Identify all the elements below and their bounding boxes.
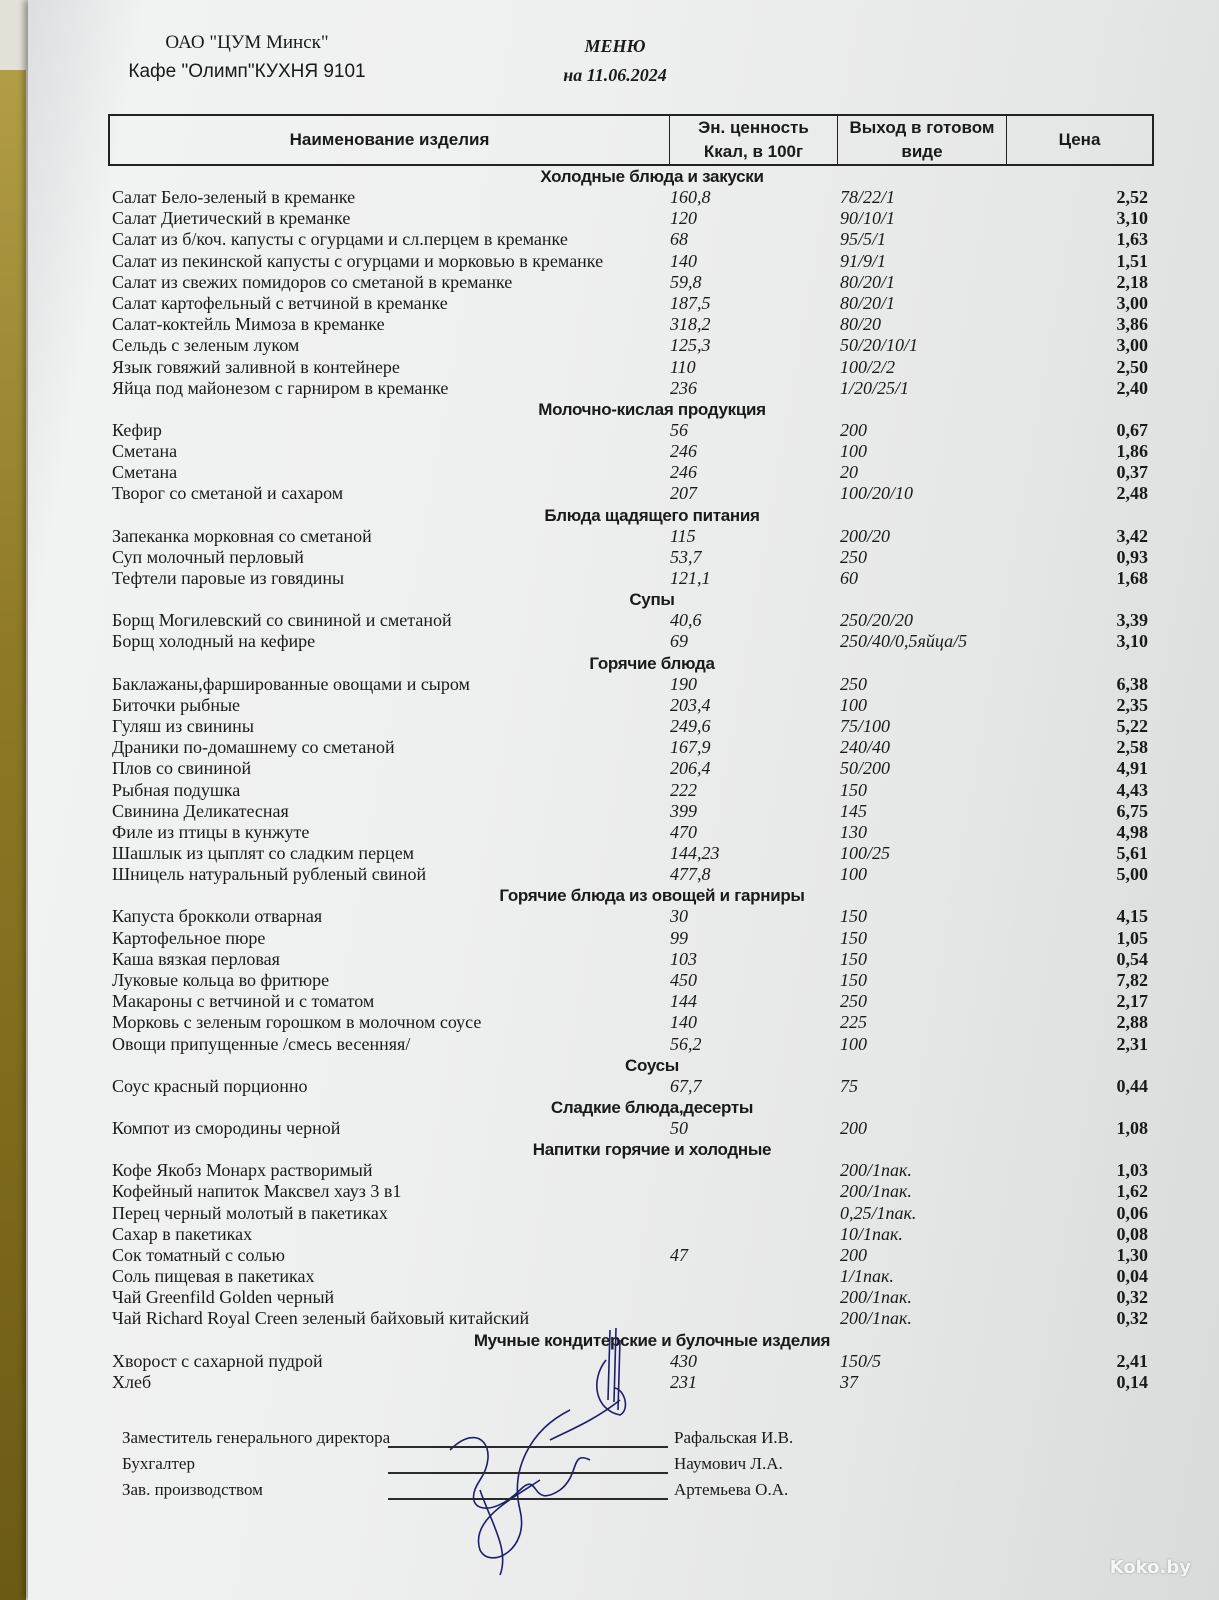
item-kcal: 47	[668, 1245, 838, 1266]
item-yield: 37	[838, 1372, 1060, 1393]
item-price: 2,52	[1060, 187, 1152, 208]
item-price: 2,58	[1060, 737, 1152, 758]
item-name: Салат картофельный с ветчиной в креманке	[112, 293, 668, 314]
item-price: 5,22	[1060, 716, 1152, 737]
menu-item-row: Сметана2461001,86	[112, 441, 1152, 462]
item-yield: 240/40	[838, 737, 1060, 758]
column-header-yield-line2: виде	[850, 140, 995, 164]
item-price: 2,18	[1060, 272, 1152, 293]
item-price: 3,42	[1060, 526, 1152, 547]
item-yield: 100	[838, 695, 1060, 716]
item-kcal: 144	[668, 991, 838, 1012]
item-kcal	[668, 1266, 838, 1287]
item-yield: 60	[838, 568, 1060, 589]
item-price: 0,32	[1060, 1308, 1152, 1329]
signatory-name: Артемьева О.А.	[674, 1478, 788, 1504]
item-kcal: 103	[668, 949, 838, 970]
item-name: Сметана	[112, 462, 668, 483]
item-kcal: 68	[668, 229, 838, 250]
item-price: 4,91	[1060, 758, 1152, 779]
section-heading: Холодные блюда и закуски	[112, 166, 1152, 187]
menu-item-row: Язык говяжий заливной в контейнере110100…	[112, 357, 1152, 378]
column-header-price-label: Цена	[1059, 128, 1101, 152]
item-price: 0,44	[1060, 1076, 1152, 1097]
item-name: Соус красный порционно	[112, 1076, 668, 1097]
item-yield: 0,25/1пак.	[838, 1203, 1060, 1224]
item-price: 1,08	[1060, 1118, 1152, 1139]
item-yield: 95/5/1	[838, 229, 1060, 250]
item-name: Луковые кольца во фритюре	[112, 970, 668, 991]
item-kcal: 115	[668, 526, 838, 547]
item-name: Хлеб	[112, 1372, 668, 1393]
item-name: Каша вязкая перловая	[112, 949, 668, 970]
item-kcal: 59,8	[668, 272, 838, 293]
menu-item-row: Чай Greenfild Golden черный200/1пак.0,32	[112, 1287, 1152, 1308]
item-yield: 75/100	[838, 716, 1060, 737]
item-price: 3,86	[1060, 314, 1152, 335]
item-price: 3,00	[1060, 335, 1152, 356]
section-heading: Соусы	[112, 1055, 1152, 1076]
item-kcal: 430	[668, 1351, 838, 1372]
item-kcal: 110	[668, 357, 838, 378]
item-name: Салат-коктейль Мимоза в креманке	[112, 314, 668, 335]
menu-item-row: Морковь с зеленым горошком в молочном со…	[112, 1012, 1152, 1033]
item-yield: 150/5	[838, 1351, 1060, 1372]
item-yield: 80/20/1	[838, 272, 1060, 293]
item-name: Салат из свежих помидоров со сметаной в …	[112, 272, 668, 293]
item-yield: 200/1пак.	[838, 1181, 1060, 1202]
menu-item-row: Шашлык из цыплят со сладким перцем144,23…	[112, 843, 1152, 864]
item-kcal: 160,8	[668, 187, 838, 208]
item-yield: 250/20/20	[838, 610, 1060, 631]
item-yield: 20	[838, 462, 1060, 483]
item-kcal: 399	[668, 801, 838, 822]
menu-item-row: Овощи припущенные /смесь весенняя/56,210…	[112, 1034, 1152, 1055]
menu-item-row: Драники по-домашнему со сметаной167,9240…	[112, 737, 1152, 758]
header-title-block: МЕНЮ на 11.06.2024	[520, 36, 710, 86]
item-name: Борщ холодный на кефире	[112, 631, 668, 652]
menu-item-row: Салат Бело-зеленый в креманке160,878/22/…	[112, 187, 1152, 208]
signatory-role: Зав. производством	[122, 1478, 388, 1504]
item-yield: 100/25	[838, 843, 1060, 864]
item-price: 2,41	[1060, 1351, 1152, 1372]
menu-date: на 11.06.2024	[520, 65, 710, 86]
section-heading: Мучные кондитерские и булочные изделия	[112, 1330, 1152, 1351]
menu-item-row: Кофе Якобз Монарх растворимый200/1пак.1,…	[112, 1160, 1152, 1181]
item-kcal: 30	[668, 906, 838, 927]
menu-item-row: Картофельное пюре991501,05	[112, 928, 1152, 949]
item-price: 6,38	[1060, 674, 1152, 695]
item-kcal: 50	[668, 1118, 838, 1139]
menu-item-row: Гуляш из свинины249,675/1005,22	[112, 716, 1152, 737]
item-name: Чай Greenfild Golden черный	[112, 1287, 668, 1308]
item-yield: 150	[838, 970, 1060, 991]
item-kcal	[668, 1287, 838, 1308]
item-kcal: 206,4	[668, 758, 838, 779]
item-yield: 250	[838, 674, 1060, 695]
item-yield: 225	[838, 1012, 1060, 1033]
item-kcal: 222	[668, 780, 838, 801]
item-name: Запеканка морковная со сметаной	[112, 526, 668, 547]
menu-item-row: Суп молочный перловый53,72500,93	[112, 547, 1152, 568]
item-name: Капуста брокколи отварная	[112, 906, 668, 927]
item-price: 4,43	[1060, 780, 1152, 801]
item-kcal	[668, 1181, 838, 1202]
item-yield: 50/20/10/1	[838, 335, 1060, 356]
item-name: Свинина Деликатесная	[112, 801, 668, 822]
item-kcal: 190	[668, 674, 838, 695]
item-yield: 100	[838, 441, 1060, 462]
item-kcal: 56,2	[668, 1034, 838, 1055]
menu-item-row: Салат из пекинской капусты с огурцами и …	[112, 251, 1152, 272]
item-kcal: 249,6	[668, 716, 838, 737]
menu-item-row: Кофейный напиток Максвел хауз 3 в1200/1п…	[112, 1181, 1152, 1202]
item-yield: 130	[838, 822, 1060, 843]
item-kcal: 121,1	[668, 568, 838, 589]
item-price: 0,93	[1060, 547, 1152, 568]
signature-row: Заместитель генерального директора Рафал…	[122, 1426, 922, 1452]
item-name: Тефтели паровые из говядины	[112, 568, 668, 589]
item-yield: 100/20/10	[838, 483, 1060, 504]
menu-item-row: Запеканка морковная со сметаной115200/20…	[112, 526, 1152, 547]
item-name: Кофе Якобз Монарх растворимый	[112, 1160, 668, 1181]
item-kcal: 450	[668, 970, 838, 991]
item-yield: 75	[838, 1076, 1060, 1097]
item-yield: 50/200	[838, 758, 1060, 779]
section-heading: Горячие блюда	[112, 653, 1152, 674]
item-kcal: 69	[668, 631, 838, 652]
item-kcal: 187,5	[668, 293, 838, 314]
menu-item-row: Хворост с сахарной пудрой430150/52,41	[112, 1351, 1152, 1372]
signatory-name: Рафальская И.В.	[674, 1426, 793, 1452]
item-kcal: 53,7	[668, 547, 838, 568]
item-price: 4,98	[1060, 822, 1152, 843]
item-yield: 91/9/1	[838, 251, 1060, 272]
item-price: 4,15	[1060, 906, 1152, 927]
item-kcal: 140	[668, 1012, 838, 1033]
item-price: 0,67	[1060, 420, 1152, 441]
signatory-role: Заместитель генерального директора	[122, 1426, 388, 1452]
item-name: Салат Диетический в креманке	[112, 208, 668, 229]
menu-item-row: Салат картофельный с ветчиной в креманке…	[112, 293, 1152, 314]
item-price: 2,88	[1060, 1012, 1152, 1033]
item-yield: 90/10/1	[838, 208, 1060, 229]
column-header-yield: Выход в готовомвиде	[838, 116, 1007, 164]
menu-item-row: Перец черный молотый в пакетиках0,25/1па…	[112, 1203, 1152, 1224]
item-yield: 200/1пак.	[838, 1287, 1060, 1308]
item-kcal: 470	[668, 822, 838, 843]
menu-item-row: Филе из птицы в кунжуте4701304,98	[112, 822, 1152, 843]
menu-item-row: Капуста брокколи отварная301504,15	[112, 906, 1152, 927]
section-heading: Супы	[112, 589, 1152, 610]
item-yield: 200/1пак.	[838, 1160, 1060, 1181]
item-name: Шницель натуральный рубленый свиной	[112, 864, 668, 885]
item-name: Салат из б/коч. капусты с огурцами и сл.…	[112, 229, 668, 250]
item-name: Суп молочный перловый	[112, 547, 668, 568]
section-heading: Сладкие блюда,десерты	[112, 1097, 1152, 1118]
menu-item-row: Соус красный порционно67,7750,44	[112, 1076, 1152, 1097]
menu-item-row: Салат-коктейль Мимоза в креманке318,280/…	[112, 314, 1152, 335]
column-header-yield-line1: Выход в готовом	[850, 116, 995, 140]
item-price: 5,61	[1060, 843, 1152, 864]
document-title: МЕНЮ	[520, 36, 710, 57]
item-kcal: 246	[668, 462, 838, 483]
item-price: 1,51	[1060, 251, 1152, 272]
item-yield: 150	[838, 780, 1060, 801]
item-price: 1,05	[1060, 928, 1152, 949]
item-price: 0,37	[1060, 462, 1152, 483]
item-name: Рыбная подушка	[112, 780, 668, 801]
item-kcal: 56	[668, 420, 838, 441]
item-name: Плов со свининой	[112, 758, 668, 779]
item-kcal: 120	[668, 208, 838, 229]
item-price: 5,00	[1060, 864, 1152, 885]
menu-table-body: Холодные блюда и закускиСалат Бело-зелен…	[112, 166, 1152, 1393]
section-heading: Блюда щадящего питания	[112, 505, 1152, 526]
item-name: Кофейный напиток Максвел хауз 3 в1	[112, 1181, 668, 1202]
item-yield: 80/20	[838, 314, 1060, 335]
menu-item-row: Салат Диетический в креманке12090/10/13,…	[112, 208, 1152, 229]
table-header: Наименование изделия Эн. ценностьКкал, в…	[108, 114, 1154, 166]
item-price: 0,32	[1060, 1287, 1152, 1308]
signature-row: Бухгалтер Наумович Л.А.	[122, 1452, 922, 1478]
signature-line	[388, 1426, 668, 1448]
menu-item-row: Тефтели паровые из говядины121,1601,68	[112, 568, 1152, 589]
item-yield: 200	[838, 1118, 1060, 1139]
item-yield: 100/2/2	[838, 357, 1060, 378]
menu-item-row: Сахар в пакетиках10/1пак.0,08	[112, 1224, 1152, 1245]
item-name: Драники по-домашнему со сметаной	[112, 737, 668, 758]
item-kcal: 125,3	[668, 335, 838, 356]
item-name: Перец черный молотый в пакетиках	[112, 1203, 668, 1224]
section-heading: Горячие блюда из овощей и гарниры	[112, 885, 1152, 906]
item-price: 1,30	[1060, 1245, 1152, 1266]
item-kcal: 231	[668, 1372, 838, 1393]
item-yield: 200	[838, 1245, 1060, 1266]
item-price: 1,86	[1060, 441, 1152, 462]
item-yield: 1/1пак.	[838, 1266, 1060, 1287]
item-kcal	[668, 1203, 838, 1224]
menu-item-row: Макароны с ветчиной и с томатом1442502,1…	[112, 991, 1152, 1012]
menu-item-row: Творог со сметаной и сахаром207100/20/10…	[112, 483, 1152, 504]
menu-item-row: Каша вязкая перловая1031500,54	[112, 949, 1152, 970]
menu-item-row: Кефир562000,67	[112, 420, 1152, 441]
item-price: 3,10	[1060, 208, 1152, 229]
item-name: Сахар в пакетиках	[112, 1224, 668, 1245]
item-yield: 150	[838, 906, 1060, 927]
menu-item-row: Салат из б/коч. капусты с огурцами и сл.…	[112, 229, 1152, 250]
menu-item-row: Шницель натуральный рубленый свиной477,8…	[112, 864, 1152, 885]
menu-item-row: Салат из свежих помидоров со сметаной в …	[112, 272, 1152, 293]
cafe-name: Кафе "Олимп"КУХНЯ 9101	[117, 61, 377, 83]
item-name: Филе из птицы в кунжуте	[112, 822, 668, 843]
item-yield: 10/1пак.	[838, 1224, 1060, 1245]
item-kcal	[668, 1160, 838, 1181]
signatory-name: Наумович Л.А.	[674, 1452, 783, 1478]
item-name: Шашлык из цыплят со сладким перцем	[112, 843, 668, 864]
item-name: Макароны с ветчиной и с томатом	[112, 991, 668, 1012]
item-price: 0,14	[1060, 1372, 1152, 1393]
column-header-kcal: Эн. ценностьКкал, в 100г	[670, 116, 838, 164]
item-name: Кефир	[112, 420, 668, 441]
item-kcal	[668, 1308, 838, 1329]
item-price: 0,06	[1060, 1203, 1152, 1224]
item-yield: 250	[838, 991, 1060, 1012]
background-surface	[0, 0, 26, 1600]
item-kcal: 140	[668, 251, 838, 272]
item-kcal: 236	[668, 378, 838, 399]
column-header-price: Цена	[1007, 116, 1152, 164]
menu-item-row: Борщ холодный на кефире69250/40/0,5яйца/…	[112, 631, 1152, 652]
item-name: Овощи припущенные /смесь весенняя/	[112, 1034, 668, 1055]
menu-item-row: Соль пищевая в пакетиках1/1пак.0,04	[112, 1266, 1152, 1287]
menu-item-row: Хлеб231370,14	[112, 1372, 1152, 1393]
item-yield: 80/20/1	[838, 293, 1060, 314]
column-header-name: Наименование изделия	[110, 116, 670, 164]
menu-item-row: Рыбная подушка2221504,43	[112, 780, 1152, 801]
item-yield: 150	[838, 949, 1060, 970]
signatory-role: Бухгалтер	[122, 1452, 388, 1478]
item-price: 0,08	[1060, 1224, 1152, 1245]
item-kcal: 477,8	[668, 864, 838, 885]
watermark-logo: Koko.by	[1110, 1557, 1191, 1578]
menu-item-row: Яйца под майонезом с гарниром в креманке…	[112, 378, 1152, 399]
column-header-name-label: Наименование изделия	[290, 128, 490, 152]
item-yield: 100	[838, 864, 1060, 885]
menu-item-row: Свинина Деликатесная3991456,75	[112, 801, 1152, 822]
item-name: Язык говяжий заливной в контейнере	[112, 357, 668, 378]
item-kcal: 246	[668, 441, 838, 462]
item-name: Сок томатный с солью	[112, 1245, 668, 1266]
item-kcal: 207	[668, 483, 838, 504]
item-yield: 200	[838, 420, 1060, 441]
item-price: 1,03	[1060, 1160, 1152, 1181]
item-price: 3,00	[1060, 293, 1152, 314]
item-price: 1,68	[1060, 568, 1152, 589]
item-name: Гуляш из свинины	[112, 716, 668, 737]
organization-name: ОАО "ЦУМ Минск"	[117, 32, 377, 54]
item-name: Сельдь с зеленым луком	[112, 335, 668, 356]
item-price: 2,35	[1060, 695, 1152, 716]
item-yield: 100	[838, 1034, 1060, 1055]
item-kcal: 144,23	[668, 843, 838, 864]
section-heading: Напитки горячие и холодные	[112, 1139, 1152, 1160]
item-kcal: 99	[668, 928, 838, 949]
section-heading: Молочно-кислая продукция	[112, 399, 1152, 420]
item-yield: 200/20	[838, 526, 1060, 547]
item-kcal	[668, 1224, 838, 1245]
item-kcal: 203,4	[668, 695, 838, 716]
item-name: Сметана	[112, 441, 668, 462]
item-yield: 250	[838, 547, 1060, 568]
item-price: 2,50	[1060, 357, 1152, 378]
item-name: Борщ Могилевский со свининой и сметаной	[112, 610, 668, 631]
item-name: Биточки рыбные	[112, 695, 668, 716]
item-price: 1,62	[1060, 1181, 1152, 1202]
item-price: 2,31	[1060, 1034, 1152, 1055]
item-name: Салат из пекинской капусты с огурцами и …	[112, 251, 668, 272]
item-name: Хворост с сахарной пудрой	[112, 1351, 668, 1372]
menu-item-row: Чай Richard Royal Creen зеленый байховый…	[112, 1308, 1152, 1329]
item-name: Баклажаны,фаршированные овощами и сыром	[112, 674, 668, 695]
item-price: 3,39	[1060, 610, 1152, 631]
item-price: 0,54	[1060, 949, 1152, 970]
item-kcal: 167,9	[668, 737, 838, 758]
menu-item-row: Луковые кольца во фритюре4501507,82	[112, 970, 1152, 991]
menu-item-row: Сок томатный с солью472001,30	[112, 1245, 1152, 1266]
item-price: 6,75	[1060, 801, 1152, 822]
item-price: 2,48	[1060, 483, 1152, 504]
menu-item-row: Биточки рыбные203,41002,35	[112, 695, 1152, 716]
item-yield: 200/1пак.	[838, 1308, 1060, 1329]
column-header-kcal-line1: Эн. ценность	[698, 116, 809, 140]
menu-item-row: Плов со свининой206,450/2004,91	[112, 758, 1152, 779]
item-name: Творог со сметаной и сахаром	[112, 483, 668, 504]
item-yield: 150	[838, 928, 1060, 949]
item-name: Морковь с зеленым горошком в молочном со…	[112, 1012, 668, 1033]
item-kcal: 40,6	[668, 610, 838, 631]
item-name: Соль пищевая в пакетиках	[112, 1266, 668, 1287]
item-price: 0,04	[1060, 1266, 1152, 1287]
menu-item-row: Борщ Могилевский со свининой и сметаной4…	[112, 610, 1152, 631]
item-yield: 145	[838, 801, 1060, 822]
item-kcal: 318,2	[668, 314, 838, 335]
signature-line	[388, 1478, 668, 1500]
signature-line	[388, 1452, 668, 1474]
menu-item-row: Компот из смородины черной502001,08	[112, 1118, 1152, 1139]
signature-row: Зав. производством Артемьева О.А.	[122, 1478, 922, 1504]
item-price: 2,40	[1060, 378, 1152, 399]
menu-item-row: Сметана246200,37	[112, 462, 1152, 483]
column-header-kcal-line2: Ккал, в 100г	[698, 140, 809, 164]
item-name: Компот из смородины черной	[112, 1118, 668, 1139]
item-name: Картофельное пюре	[112, 928, 668, 949]
header-organization-block: ОАО "ЦУМ Минск" Кафе "Олимп"КУХНЯ 9101	[117, 32, 377, 83]
item-price: 1,63	[1060, 229, 1152, 250]
item-price: 3,10	[1060, 631, 1152, 652]
item-yield: 250/40/0,5яйца/5	[838, 631, 1060, 652]
item-yield: 78/22/1	[838, 187, 1060, 208]
item-yield: 1/20/25/1	[838, 378, 1060, 399]
item-price: 7,82	[1060, 970, 1152, 991]
menu-item-row: Сельдь с зеленым луком125,350/20/10/13,0…	[112, 335, 1152, 356]
item-price: 2,17	[1060, 991, 1152, 1012]
item-name: Салат Бело-зеленый в креманке	[112, 187, 668, 208]
signatures-block: Заместитель генерального директора Рафал…	[122, 1426, 922, 1504]
item-kcal: 67,7	[668, 1076, 838, 1097]
item-name: Яйца под майонезом с гарниром в креманке	[112, 378, 668, 399]
menu-item-row: Баклажаны,фаршированные овощами и сыром1…	[112, 674, 1152, 695]
item-name: Чай Richard Royal Creen зеленый байховый…	[112, 1308, 668, 1329]
